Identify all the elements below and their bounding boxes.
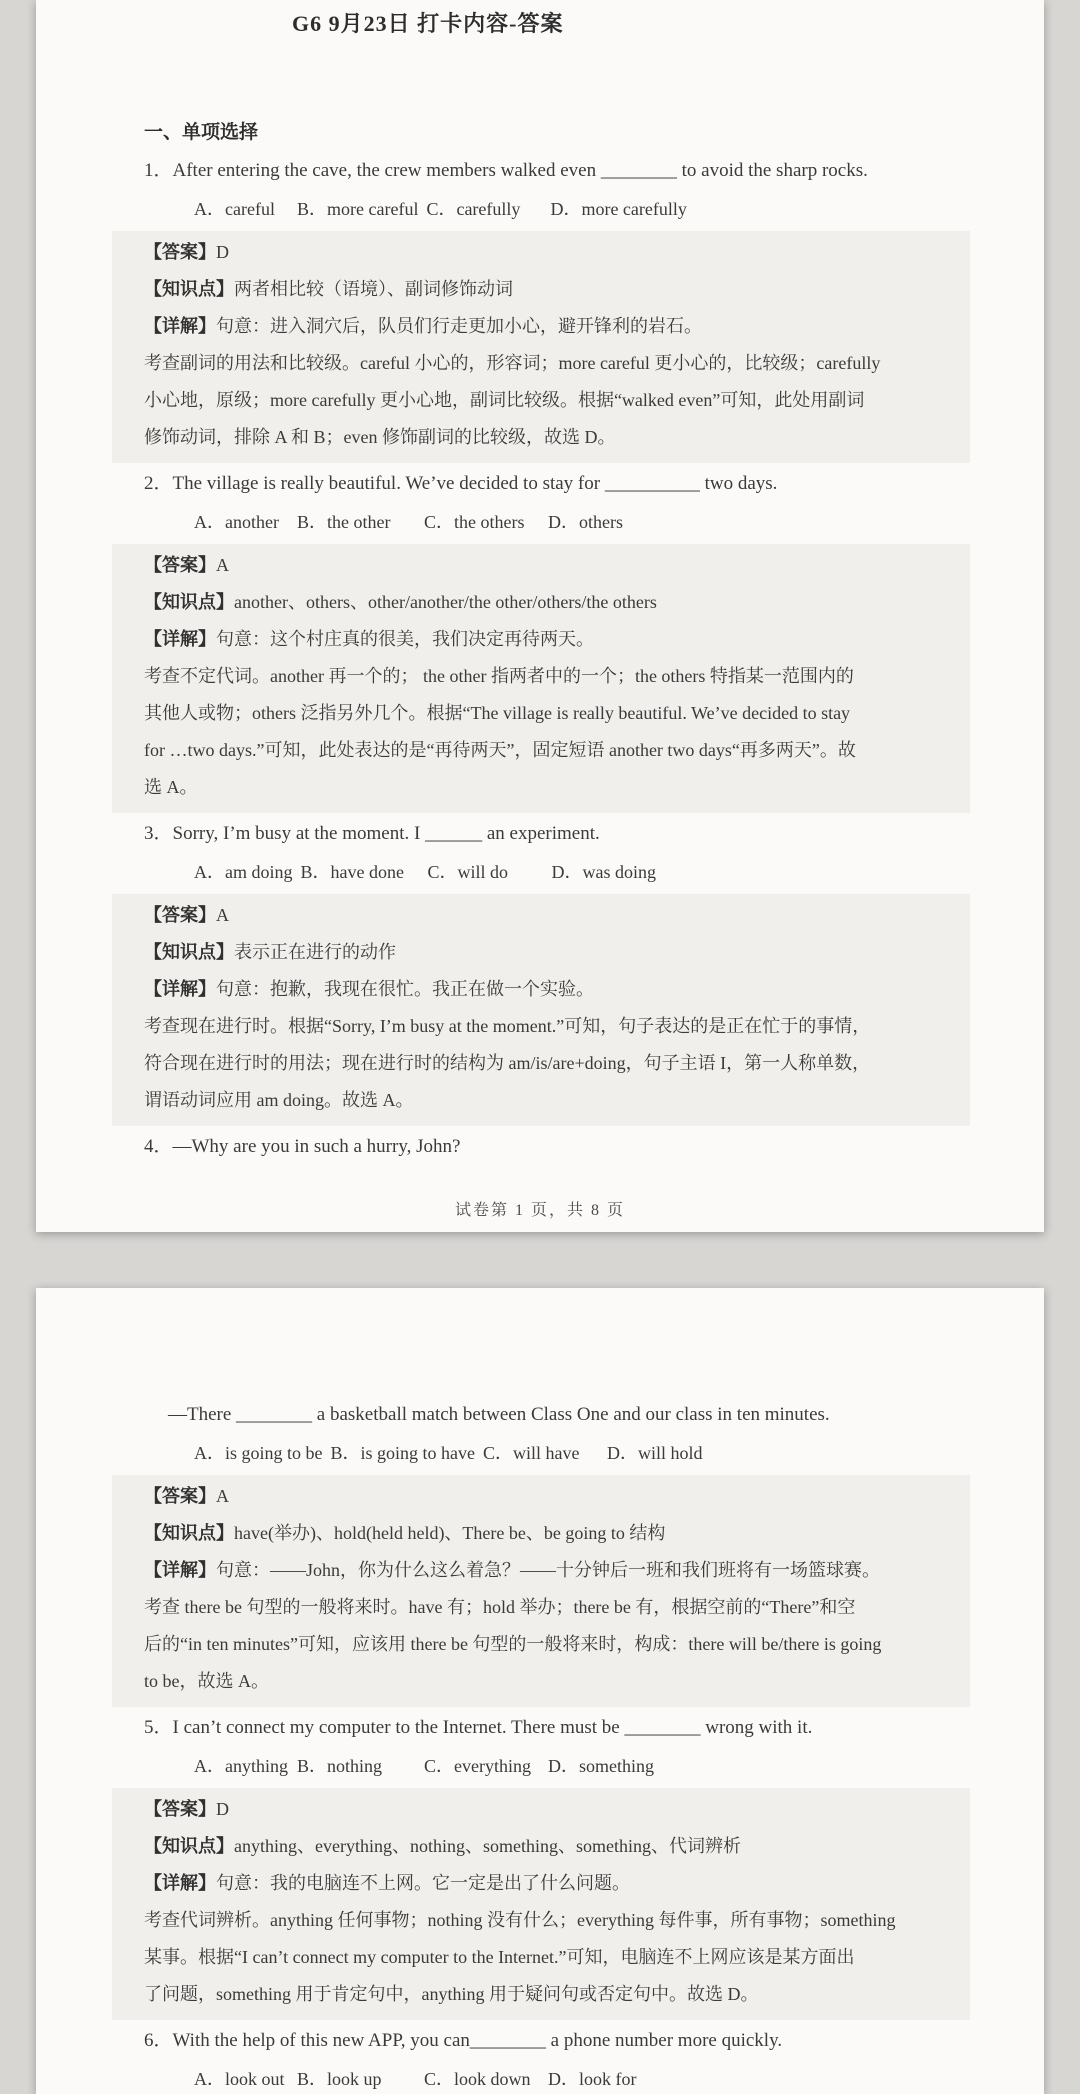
answer-line: 【答案】D: [144, 1791, 960, 1828]
answer-line: 选 A。: [144, 769, 960, 806]
option-b: B．look up: [297, 2060, 424, 2094]
answer-text: 考查 there be 句型的一般将来时。have 有；hold 举办；ther…: [144, 1597, 855, 1617]
answer-text: another、others、other/another/the other/o…: [234, 592, 657, 612]
answer-text: A: [216, 905, 229, 925]
answer-text: for …two days.”可知，此处表达的是“再待两天”，固定短语 anot…: [144, 740, 856, 760]
option-c: C．will have: [483, 1434, 607, 1472]
answer-text: 句意：抱歉，我现在很忙。我正在做一个实验。: [216, 979, 594, 999]
option-b: B．nothing: [297, 1747, 424, 1785]
answer-line: 【详解】句意：我的电脑连不上网。它一定是出了什么问题。: [144, 1865, 960, 1902]
options-row: A．look outB．look upC．look downD．look for: [144, 2060, 924, 2094]
answer-text: 了问题，something 用于肯定句中，anything 用于疑问句或否定句中…: [144, 1984, 759, 2004]
answer-line: 考查副词的用法和比较级。careful 小心的，形容词；more careful…: [144, 345, 960, 382]
document-canvas: G6 9月23日 打卡内容-答案一、单项选择1．After entering t…: [0, 0, 1080, 2094]
answer-line: 某事。根据“I can’t connect my computer to the…: [144, 1939, 960, 1976]
answer-line: 考查 there be 句型的一般将来时。have 有；hold 举办；ther…: [144, 1589, 960, 1626]
option-c: C．everything: [424, 1747, 548, 1785]
answer-text: 句意：这个村庄真的很美，我们决定再待两天。: [216, 629, 594, 649]
option-c: C．carefully: [426, 190, 550, 228]
answer-label: 【详解】: [144, 1873, 216, 1893]
option-d: D．others: [548, 503, 631, 541]
question-text: 1．After entering the cave, the crew memb…: [144, 152, 924, 190]
answer-explanation-block: 【答案】D【知识点】两者相比较（语境）、副词修饰动词【详解】句意：进入洞穴后，队…: [112, 231, 970, 463]
answer-line: 【详解】句意：进入洞穴后，队员们行走更加小心，避开锋利的岩石。: [144, 308, 960, 345]
answer-text: 修饰动词，排除 A 和 B；even 修饰副词的比较级，故选 D。: [144, 427, 616, 447]
answer-line: 考查现在进行时。根据“Sorry, I’m busy at the moment…: [144, 1008, 960, 1045]
answer-explanation-block: 【答案】A【知识点】another、others、other/another/t…: [112, 544, 970, 813]
answer-text: 句意：我的电脑连不上网。它一定是出了什么问题。: [216, 1873, 630, 1893]
answer-text: 考查副词的用法和比较级。careful 小心的，形容词；more careful…: [144, 353, 880, 373]
answer-text: 两者相比较（语境）、副词修饰动词: [234, 279, 513, 299]
page-2: —There ________ a basketball match betwe…: [36, 1288, 1044, 2094]
answer-line: 【知识点】anything、everything、nothing、somethi…: [144, 1828, 960, 1865]
answer-line: 修饰动词，排除 A 和 B；even 修饰副词的比较级，故选 D。: [144, 419, 960, 456]
answer-text: 其他人或物；others 泛指另外几个。根据“The village is re…: [144, 703, 850, 723]
answer-label: 【知识点】: [144, 1523, 234, 1543]
options-row: A．anotherB．the otherC．the othersD．others: [144, 503, 924, 541]
answer-label: 【知识点】: [144, 1836, 234, 1856]
answer-text: A: [216, 1486, 229, 1506]
answer-label: 【详解】: [144, 629, 216, 649]
option-a: A．another: [194, 503, 297, 541]
option-d: D．was doing: [552, 853, 665, 891]
answer-line: 考查不定代词。another 再一个的； the other 指两者中的一个；t…: [144, 658, 960, 695]
answer-line: 谓语动词应用 am doing。故选 A。: [144, 1082, 960, 1119]
answer-text: 后的“in ten minutes”可知，应该用 there be 句型的一般将…: [144, 1634, 881, 1654]
answer-line: 【知识点】have(举办)、hold(held held)、There be、b…: [144, 1515, 960, 1552]
options-row: A．anythingB．nothingC．everythingD．somethi…: [144, 1747, 924, 1785]
option-b: B．more careful: [297, 190, 426, 228]
answer-line: for …two days.”可知，此处表达的是“再待两天”，固定短语 anot…: [144, 732, 960, 769]
option-b: B．have done: [301, 853, 428, 891]
answer-text: 句意：进入洞穴后，队员们行走更加小心，避开锋利的岩石。: [216, 316, 702, 336]
option-d: D．look for: [548, 2060, 645, 2094]
question-text: 5．I can’t connect my computer to the Int…: [144, 1709, 924, 1747]
question-text: 6．With the help of this new APP, you can…: [144, 2022, 924, 2060]
page-content: —There ________ a basketball match betwe…: [36, 1288, 1044, 2094]
answer-text: anything、everything、nothing、something、so…: [234, 1836, 741, 1856]
page-content: G6 9月23日 打卡内容-答案一、单项选择1．After entering t…: [36, 0, 1044, 1232]
question-text: 4．—Why are you in such a hurry, John?: [144, 1128, 924, 1166]
answer-text: A: [216, 555, 229, 575]
option-a: A．am doing: [194, 853, 301, 891]
answer-text: 符合现在进行时的用法；现在进行时的结构为 am/is/are+doing，句子主…: [144, 1053, 870, 1073]
option-a: A．is going to be: [194, 1434, 331, 1472]
answer-label: 【知识点】: [144, 592, 234, 612]
option-d: D．more carefully: [550, 190, 694, 228]
options-row: A．is going to beB．is going to haveC．will…: [144, 1434, 924, 1472]
question-text: 3．Sorry, I’m busy at the moment. I _____…: [144, 815, 924, 853]
answer-text: 谓语动词应用 am doing。故选 A。: [144, 1090, 414, 1110]
option-c: C．will do: [428, 853, 552, 891]
option-a: A．look out: [194, 2060, 297, 2094]
answer-line: to be，故选 A。: [144, 1663, 960, 1700]
answer-line: 【详解】句意：——John，你为什么这么着急？——十分钟后一班和我们班将有一场篮…: [144, 1552, 960, 1589]
answer-text: 考查现在进行时。根据“Sorry, I’m busy at the moment…: [144, 1016, 870, 1036]
options-row: A．am doingB．have doneC．will doD．was doin…: [144, 853, 924, 891]
answer-text: 句意：——John，你为什么这么着急？——十分钟后一班和我们班将有一场篮球赛。: [216, 1560, 880, 1580]
answer-line: 【答案】A: [144, 547, 960, 584]
answer-line: 【答案】A: [144, 897, 960, 934]
answer-label: 【知识点】: [144, 279, 234, 299]
page-footer: 试卷第 1 页，共 8 页: [36, 1197, 1044, 1220]
answer-line: 【详解】句意：这个村庄真的很美，我们决定再待两天。: [144, 621, 960, 658]
answer-explanation-block: 【答案】D【知识点】anything、everything、nothing、so…: [112, 1788, 970, 2020]
option-d: D．something: [548, 1747, 662, 1785]
answer-text: 小心地，原级；more carefully 更小心地，副词比较级。根据“walk…: [144, 390, 864, 410]
answer-text: 选 A。: [144, 777, 198, 797]
answer-line: 【详解】句意：抱歉，我现在很忙。我正在做一个实验。: [144, 971, 960, 1008]
option-a: A．anything: [194, 1747, 297, 1785]
option-c: C．look down: [424, 2060, 548, 2094]
options-row: A．carefulB．more carefulC．carefullyD．more…: [144, 190, 924, 228]
question-text: 2．The village is really beautiful. We’ve…: [144, 465, 924, 503]
answer-line: 【知识点】两者相比较（语境）、副词修饰动词: [144, 271, 960, 308]
option-b: B．the other: [297, 503, 424, 541]
answer-text: 考查不定代词。another 再一个的； the other 指两者中的一个；t…: [144, 666, 854, 686]
answer-label: 【答案】: [144, 242, 216, 262]
answer-explanation-block: 【答案】A【知识点】have(举办)、hold(held held)、There…: [112, 1475, 970, 1707]
answer-line: 【知识点】another、others、other/another/the ot…: [144, 584, 960, 621]
option-b: B．is going to have: [331, 1434, 484, 1472]
answer-line: 符合现在进行时的用法；现在进行时的结构为 am/is/are+doing，句子主…: [144, 1045, 960, 1082]
answer-label: 【答案】: [144, 1799, 216, 1819]
answer-label: 【详解】: [144, 979, 216, 999]
option-a: A．careful: [194, 190, 297, 228]
answer-line: 考查代词辨析。anything 任何事物；nothing 没有什么；everyt…: [144, 1902, 960, 1939]
question-continuation: —There ________ a basketball match betwe…: [144, 1396, 924, 1434]
answer-line: 了问题，something 用于肯定句中，anything 用于疑问句或否定句中…: [144, 1976, 960, 2013]
document-title: G6 9月23日 打卡内容-答案: [144, 6, 924, 42]
answer-line: 后的“in ten minutes”可知，应该用 there be 句型的一般将…: [144, 1626, 960, 1663]
answer-label: 【答案】: [144, 1486, 216, 1506]
option-c: C．the others: [424, 503, 548, 541]
answer-text: 表示正在进行的动作: [234, 942, 396, 962]
answer-label: 【知识点】: [144, 942, 234, 962]
answer-label: 【详解】: [144, 316, 216, 336]
answer-line: 其他人或物；others 泛指另外几个。根据“The village is re…: [144, 695, 960, 732]
answer-label: 【答案】: [144, 555, 216, 575]
answer-text: D: [216, 1799, 229, 1819]
answer-text: have(举办)、hold(held held)、There be、be goi…: [234, 1523, 665, 1543]
option-d: D．will hold: [607, 1434, 711, 1472]
answer-line: 小心地，原级；more carefully 更小心地，副词比较级。根据“walk…: [144, 382, 960, 419]
answer-label: 【答案】: [144, 905, 216, 925]
answer-explanation-block: 【答案】A【知识点】表示正在进行的动作【详解】句意：抱歉，我现在很忙。我正在做一…: [112, 894, 970, 1126]
answer-text: 考查代词辨析。anything 任何事物；nothing 没有什么；everyt…: [144, 1910, 895, 1930]
page-1: G6 9月23日 打卡内容-答案一、单项选择1．After entering t…: [36, 0, 1044, 1232]
section-heading: 一、单项选择: [144, 114, 924, 152]
answer-label: 【详解】: [144, 1560, 216, 1580]
answer-line: 【答案】A: [144, 1478, 960, 1515]
answer-line: 【答案】D: [144, 234, 960, 271]
answer-text: D: [216, 242, 229, 262]
answer-text: 某事。根据“I can’t connect my computer to the…: [144, 1947, 855, 1967]
answer-line: 【知识点】表示正在进行的动作: [144, 934, 960, 971]
answer-text: to be，故选 A。: [144, 1671, 269, 1691]
